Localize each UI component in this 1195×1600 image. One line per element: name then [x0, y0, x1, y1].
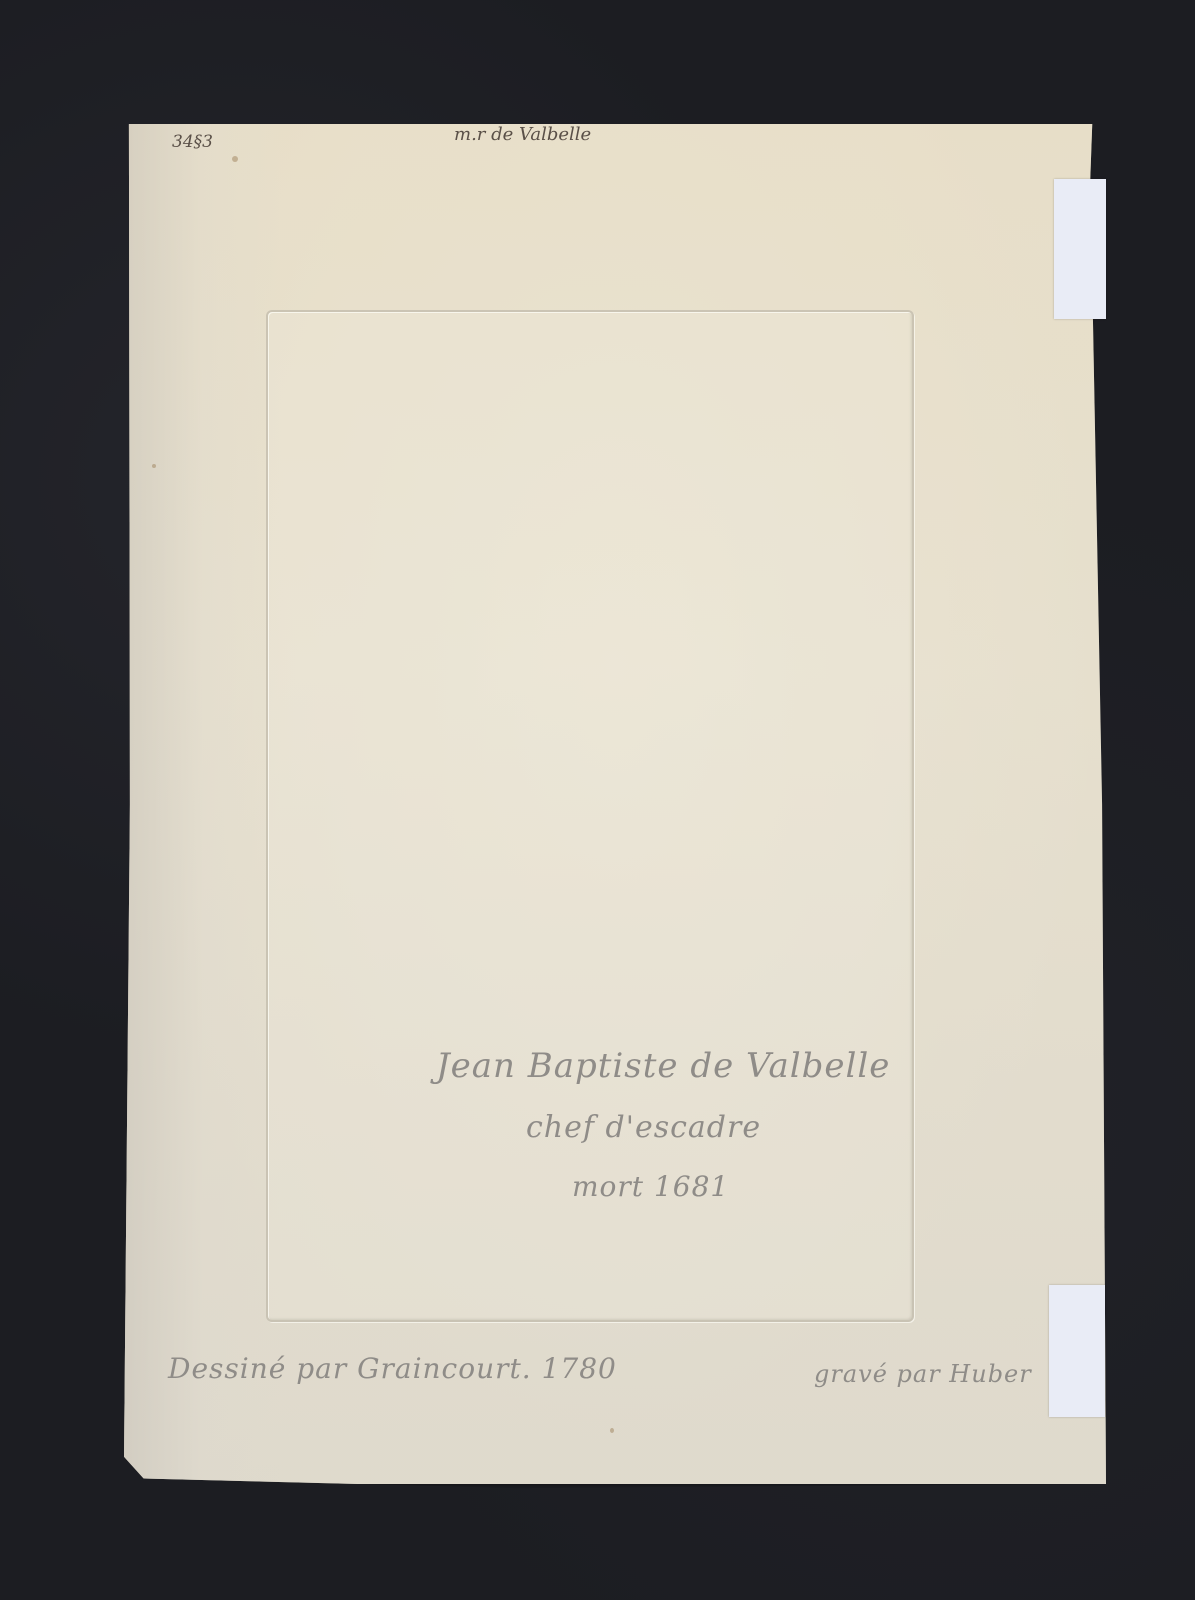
mounting-tape-top — [1054, 179, 1106, 319]
foxing-spot — [232, 156, 238, 162]
engraver-credit: gravé par Huber — [814, 1360, 1032, 1388]
print-sheet: 34§3 m.r de Valbelle Jean Baptiste de Va… — [124, 124, 1106, 1484]
draughtsman-credit: Dessiné par Graincourt. 1780 — [168, 1352, 617, 1385]
sitter-header-inscription: m.r de Valbelle — [454, 124, 591, 145]
sitter-rank-inscription: chef d'escadre — [526, 1110, 761, 1145]
sitter-death-inscription: mort 1681 — [572, 1170, 729, 1203]
foxing-spot — [152, 464, 156, 468]
inventory-number: 34§3 — [172, 132, 213, 152]
foxing-spot — [610, 1428, 614, 1433]
sitter-name-inscription: Jean Baptiste de Valbelle — [436, 1046, 890, 1086]
mounting-tape-bottom — [1049, 1285, 1105, 1417]
